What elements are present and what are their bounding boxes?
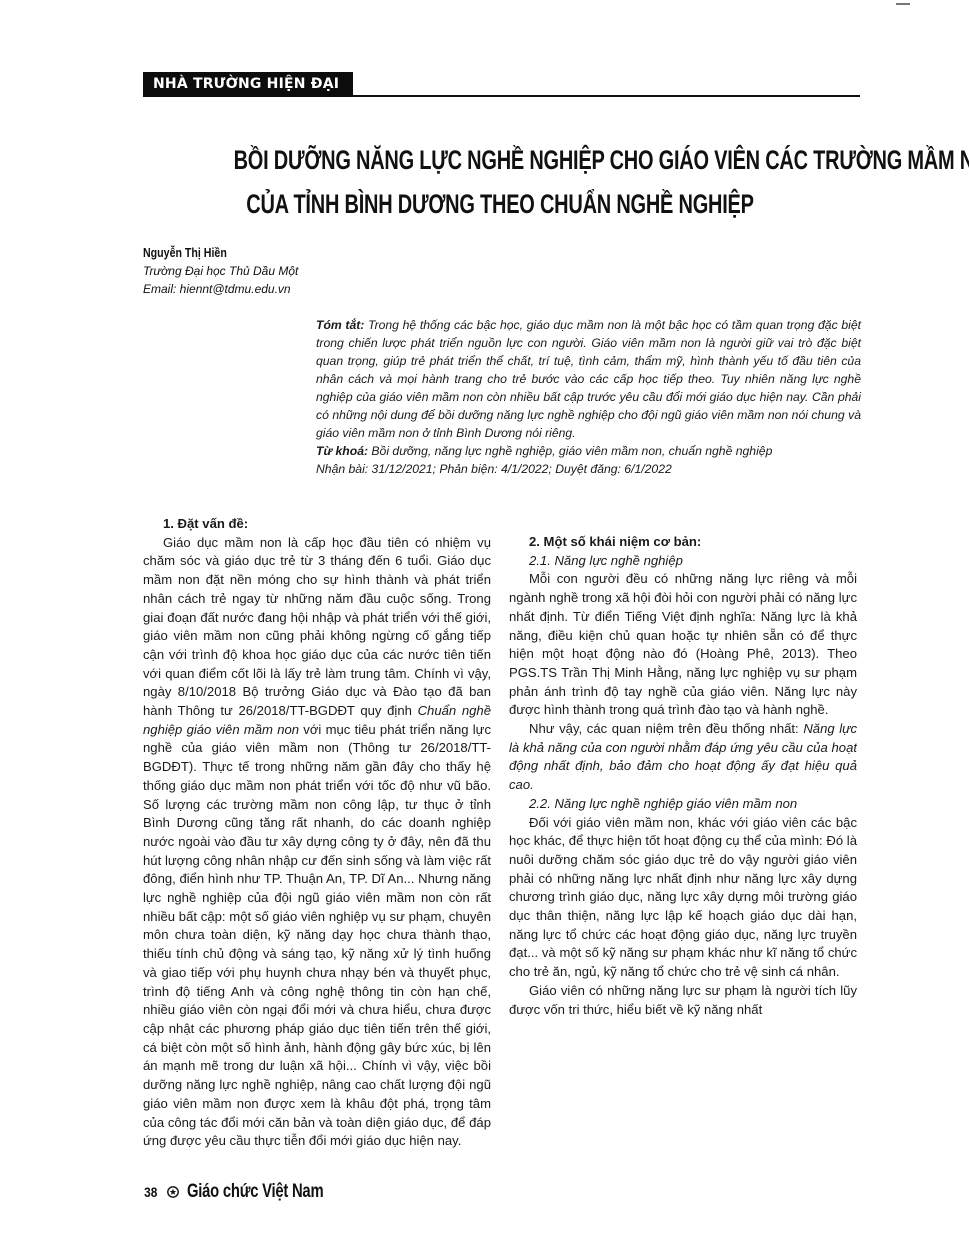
section-2-1-paragraph-1: Mỗi con người đều có những năng lực riên… — [509, 570, 857, 720]
page-footer: 38 Giáo chức Việt Nam — [143, 1181, 361, 1203]
section-2-2-paragraph-1: Đối với giáo viên mầm non, khác với giáo… — [509, 814, 857, 982]
section-rule — [353, 95, 860, 97]
spacer — [509, 515, 857, 533]
author-affiliation: Trường Đại học Thủ Dầu Một — [143, 262, 298, 280]
title-line-2: CỦA TỈNH BÌNH DƯƠNG THEO CHUẨN NGHỀ NGHI… — [234, 182, 767, 226]
section-2-2-heading: 2.2. Năng lực nghề nghiệp giáo viên mầm … — [509, 795, 857, 814]
body-column-right: 2. Một số khái niệm cơ bản: 2.1. Năng lự… — [509, 515, 857, 1155]
keywords-text: Bồi dưỡng, năng lực nghề nghiệp, giáo vi… — [368, 444, 772, 458]
abstract: Tóm tắt: Trong hệ thống các bậc học, giá… — [316, 316, 861, 478]
section-2-1-heading: 2.1. Năng lực nghề nghiệp — [509, 552, 857, 571]
abstract-paragraph: Tóm tắt: Trong hệ thống các bậc học, giá… — [316, 316, 861, 442]
text-run: Như vậy, các quan niệm trên đều thống nh… — [529, 721, 803, 736]
author-email: Email: hiennt@tdmu.edu.vn — [143, 280, 298, 298]
section-1-paragraph: Giáo dục mầm non là cấp học đầu tiên có … — [143, 534, 491, 1151]
section-1-heading: 1. Đặt vấn đề: — [143, 515, 491, 534]
section-2-2-paragraph-2: Giáo viên có những năng lực sư phạm là n… — [509, 982, 857, 1019]
article-dates: Nhận bài: 31/12/2021; Phản biện: 4/1/202… — [316, 460, 861, 478]
text-run: với mục tiêu phát triển năng lực nghề củ… — [143, 722, 491, 1148]
section-label: NHÀ TRƯỜNG HIỆN ĐẠI — [143, 72, 353, 97]
body-column-left: 1. Đặt vấn đề: Giáo dục mầm non là cấp h… — [143, 515, 491, 1151]
author-name: Nguyễn Thị Hiền — [143, 244, 275, 262]
abstract-text: Trong hệ thống các bậc học, giáo dục mầm… — [316, 318, 861, 440]
page-number: 38 — [144, 1184, 157, 1200]
section-2-1-paragraph-2: Như vậy, các quan niệm trên đều thống nh… — [509, 720, 857, 795]
title-line-1: BỒI DƯỠNG NĂNG LỰC NGHỀ NGHIỆP CHO GIÁO … — [234, 138, 767, 182]
star-icon — [167, 1186, 179, 1198]
keywords: Từ khoá: Bồi dưỡng, năng lực nghề nghiệp… — [316, 442, 861, 460]
abstract-label: Tóm tắt: — [316, 318, 364, 332]
section-header: NHÀ TRƯỜNG HIỆN ĐẠI — [143, 72, 860, 97]
article-title: BỒI DƯỠNG NĂNG LỰC NGHỀ NGHIỆP CHO GIÁO … — [234, 138, 767, 226]
journal-name: Giáo chức Việt Nam — [187, 1181, 323, 1203]
text-run: Giáo dục mầm non là cấp học đầu tiên có … — [143, 535, 491, 718]
scan-mark — [896, 3, 910, 5]
keywords-label: Từ khoá: — [316, 444, 368, 458]
section-2-heading: 2. Một số khái niệm cơ bản: — [509, 533, 857, 552]
author-block: Nguyễn Thị Hiền Trường Đại học Thủ Dầu M… — [143, 244, 298, 298]
